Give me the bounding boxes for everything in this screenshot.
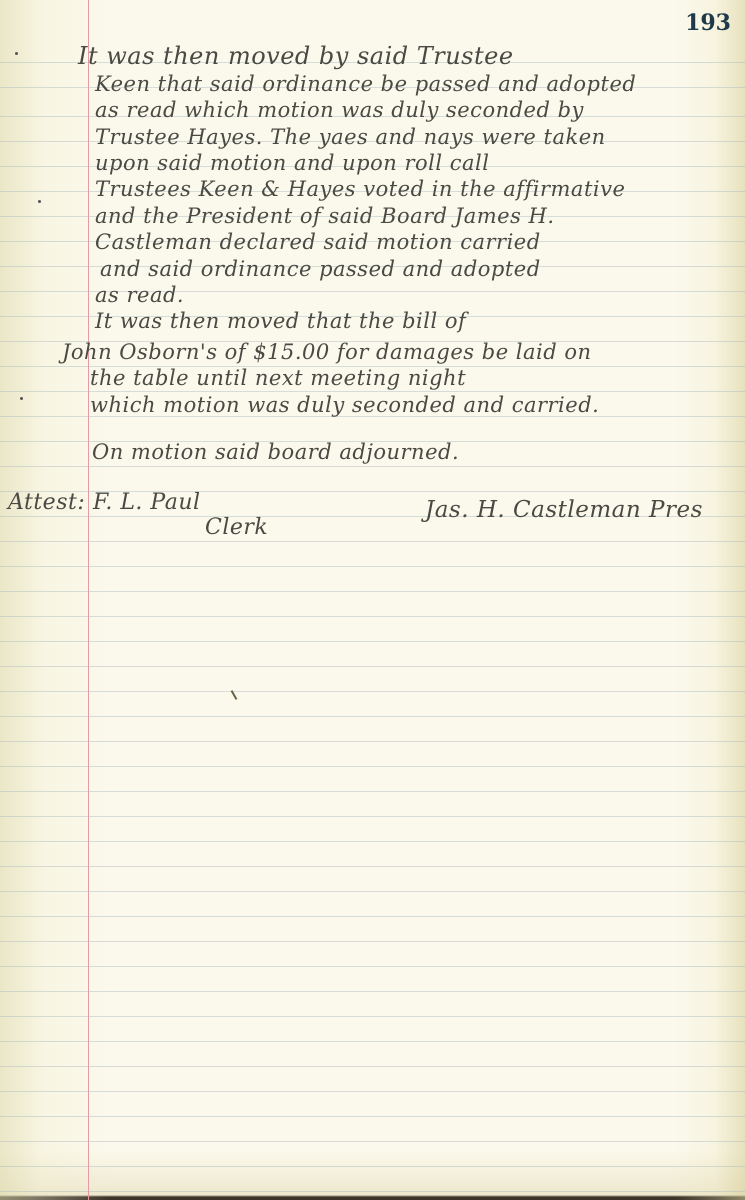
ink-dot (38, 200, 41, 203)
president-signature: Jas. H. Castleman Pres (425, 497, 703, 523)
ledger-page: 193 It was then moved by said Trustee Ke… (0, 0, 745, 1200)
minutes-line-12: John Osborn's of $15.00 for damages be l… (62, 340, 592, 364)
minutes-line-6: Trustees Keen & Hayes voted in the affir… (95, 177, 625, 201)
minutes-line-1: It was then moved by said Trustee (78, 42, 514, 70)
attest-clerk-name: F. L. Paul (93, 490, 201, 515)
minutes-line-4: Trustee Hayes. The yaes and nays were ta… (95, 125, 606, 149)
attest-clerk-title: Clerk (205, 515, 268, 540)
minutes-line-11: It was then moved that the bill of (95, 309, 466, 333)
ink-dot (20, 397, 23, 400)
minutes-line-2: Keen that said ordinance be passed and a… (95, 72, 636, 96)
margin-line (88, 0, 89, 1200)
minutes-line-9: and said ordinance passed and adopted (100, 257, 541, 281)
minutes-line-3: as read which motion was duly seconded b… (95, 98, 584, 122)
ink-dot (15, 52, 18, 55)
minutes-line-8: Castleman declared said motion carried (95, 230, 541, 254)
minutes-line-13: the table until next meeting night (90, 366, 466, 390)
minutes-line-5: upon said motion and upon roll call (95, 151, 489, 175)
minutes-line-10: as read. (95, 283, 184, 307)
minutes-line-7: and the President of said Board James H. (95, 204, 555, 228)
minutes-line-15: On motion said board adjourned. (92, 440, 459, 464)
attest-label: Attest: (8, 490, 85, 515)
page-number: 193 (685, 10, 731, 36)
minutes-line-14: which motion was duly seconded and carri… (90, 393, 599, 417)
